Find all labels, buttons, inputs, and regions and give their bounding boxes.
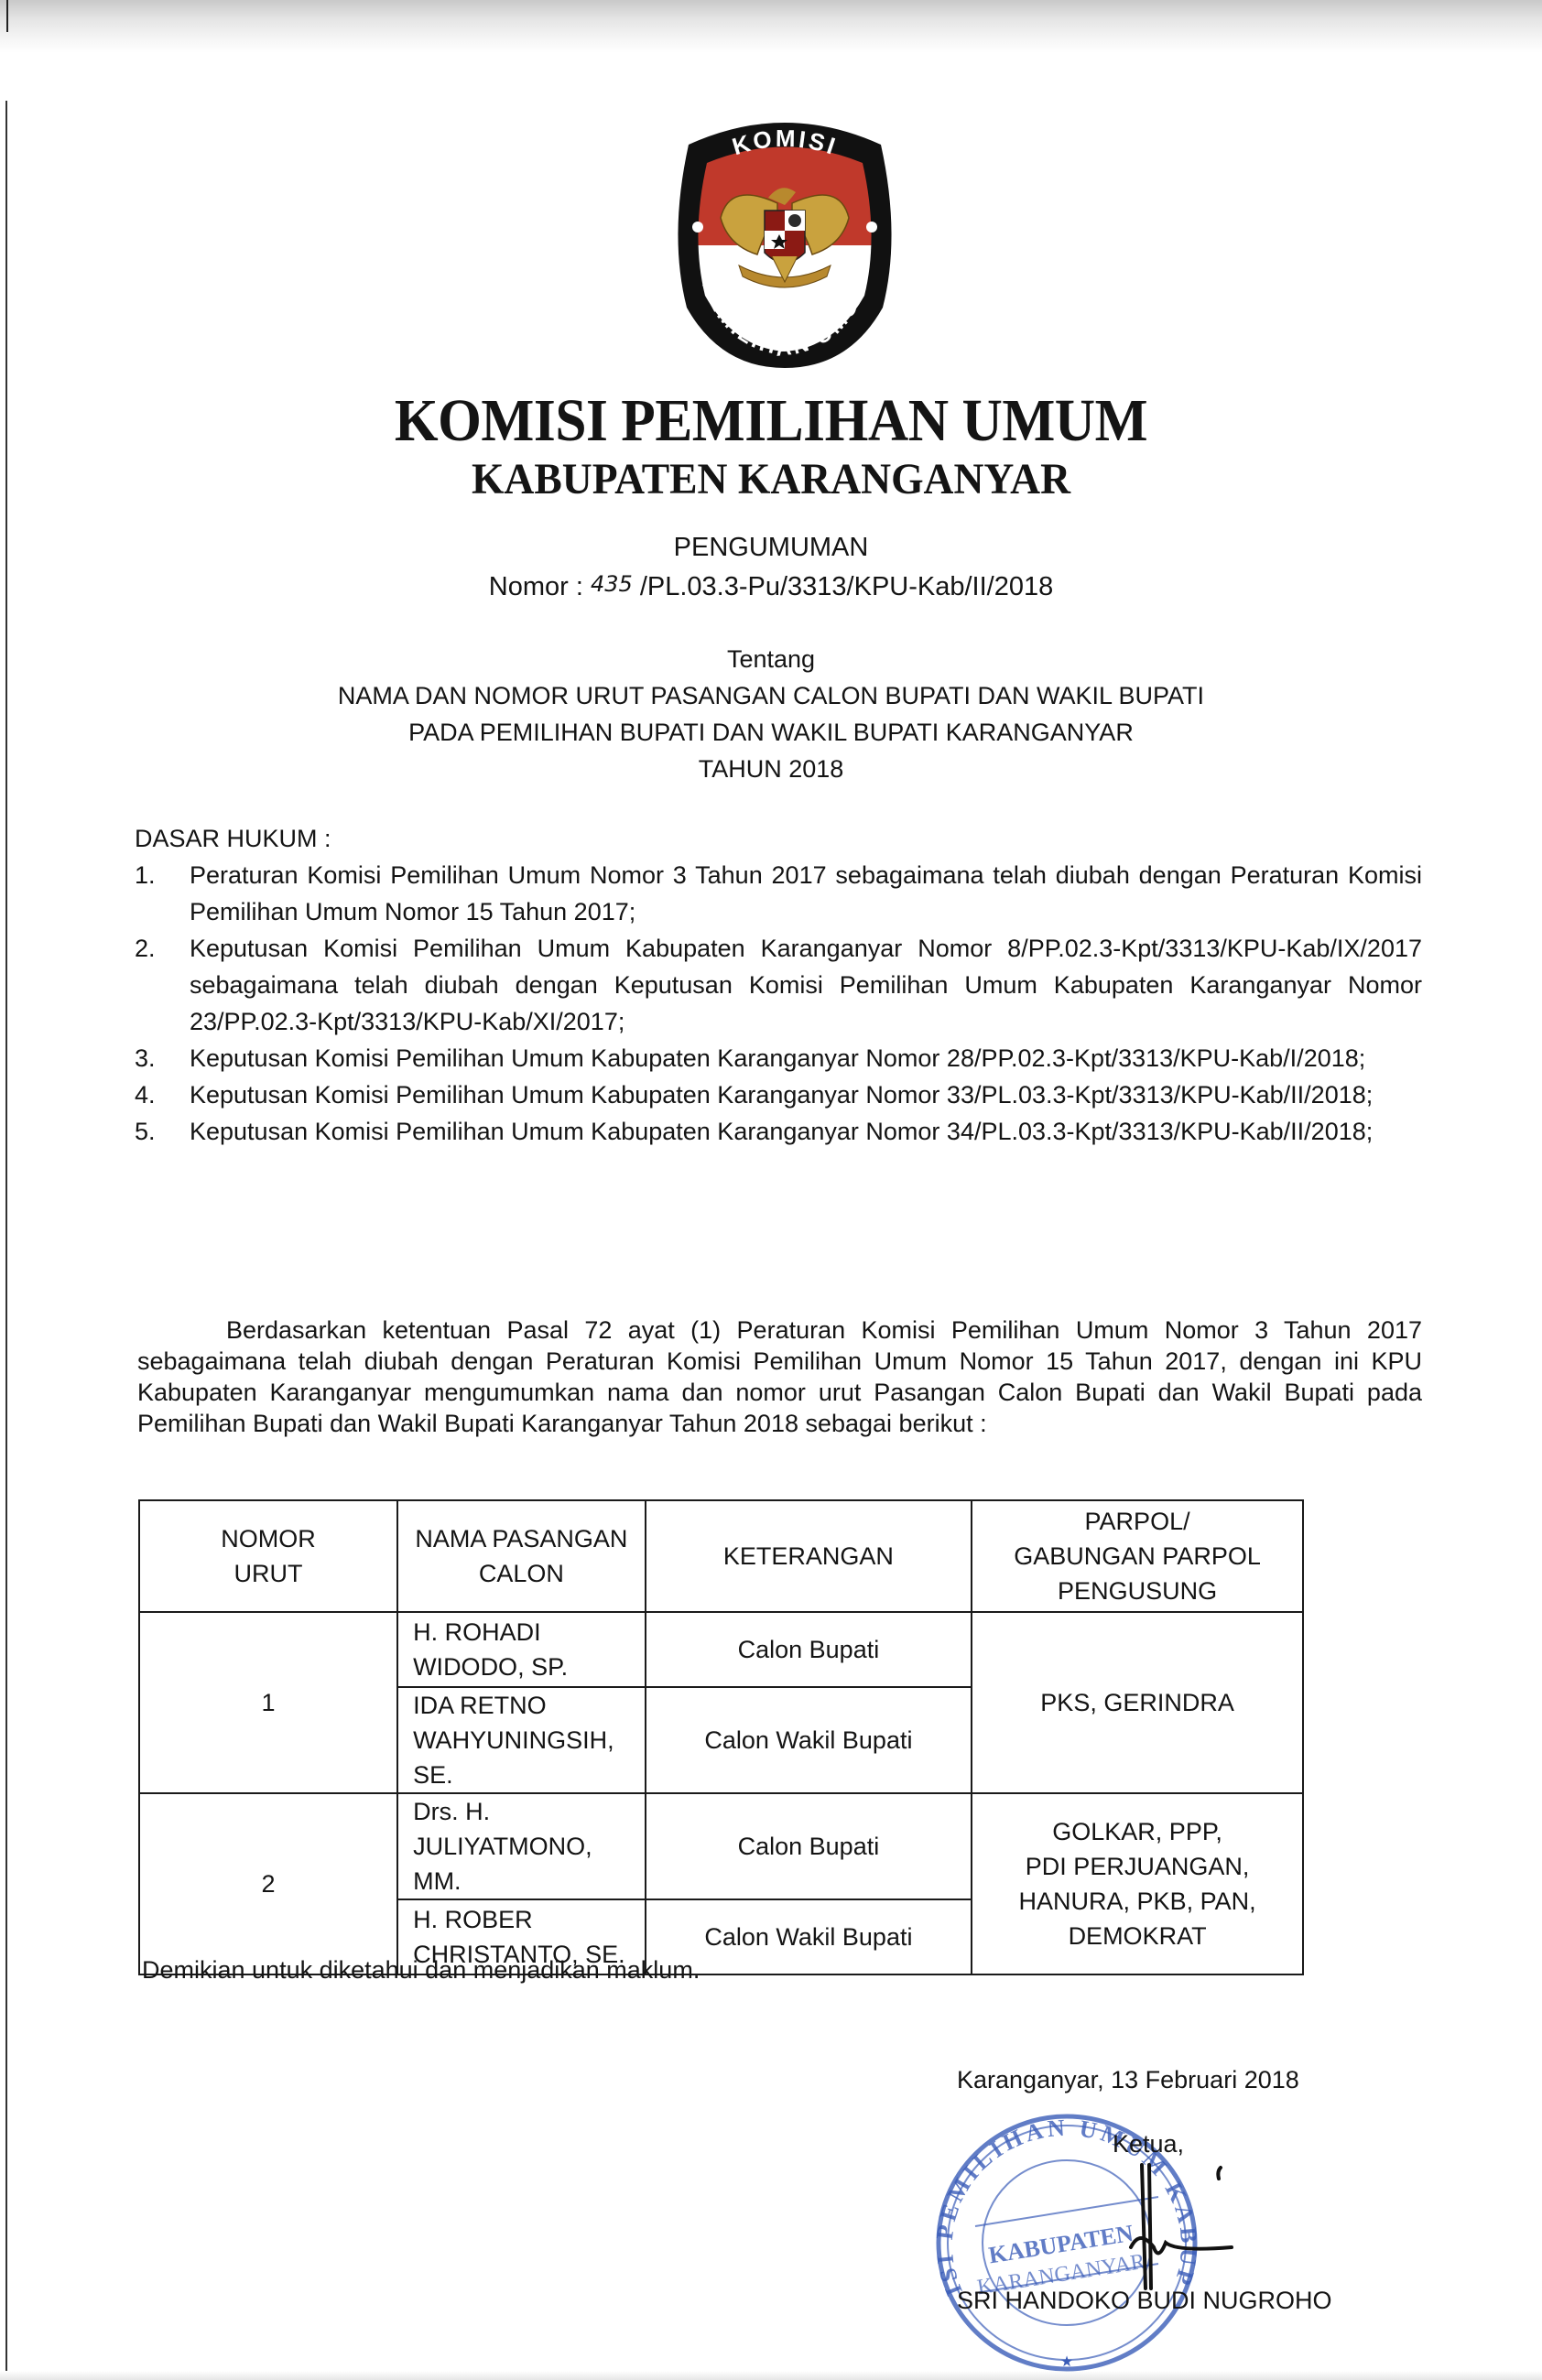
header-name: NAMA PASANGAN CALON <box>397 1500 646 1612</box>
scan-shadow-bottom <box>0 2371 1542 2380</box>
table-header-row: NOMOR URUT NAMA PASANGAN CALON KETERANGA… <box>139 1500 1303 1612</box>
table-row: 1 H. ROHADI WIDODO, SP. Calon Bupati PKS… <box>139 1612 1303 1687</box>
organization-name: KOMISI PEMILIHAN UMUM <box>54 389 1488 453</box>
item-number: 5. <box>135 1113 190 1150</box>
header-parties: PARPOL/ GABUNGAN PARPOL PENGUSUNG <box>972 1500 1303 1612</box>
svg-text:★: ★ <box>1060 2354 1073 2370</box>
pair-number: 1 <box>139 1612 397 1793</box>
document-number: Nomor : 435 /PL.03.3-Pu/3313/KPU-Kab/II/… <box>0 566 1542 605</box>
supporting-parties: GOLKAR, PPP, PDI PERJUANGAN, HANURA, PKB… <box>972 1793 1303 1974</box>
item-number: 4. <box>135 1076 190 1113</box>
item-number: 2. <box>135 930 190 1040</box>
supporting-parties: PKS, GERINDRA <box>972 1612 1303 1793</box>
candidate-table: NOMOR URUT NAMA PASANGAN CALON KETERANGA… <box>138 1499 1304 1975</box>
legal-basis-heading: DASAR HUKUM : <box>135 820 331 857</box>
candidate-name: Drs. H. JULIYATMONO, MM. <box>397 1793 646 1899</box>
legal-basis-item: 1. Peraturan Komisi Pemilihan Umum Nomor… <box>135 857 1422 930</box>
signer-name: SRI HANDOKO BUDI NUGROHO <box>957 2282 1332 2319</box>
announcement-paragraph: Berdasarkan ketentuan Pasal 72 ayat (1) … <box>137 1314 1422 1439</box>
number-label: Nomor : <box>489 572 583 601</box>
item-text: Peraturan Komisi Pemilihan Umum Nomor 3 … <box>190 857 1422 930</box>
item-text: Keputusan Komisi Pemilihan Umum Kabupate… <box>190 930 1422 1040</box>
item-number: 1. <box>135 857 190 930</box>
about-label: Tentang <box>0 641 1542 677</box>
document-subject: NAMA DAN NOMOR URUT PASANGAN CALON BUPAT… <box>0 677 1542 787</box>
subject-line: PADA PEMILIHAN BUPATI DAN WAKIL BUPATI K… <box>0 714 1542 751</box>
organization-region: KABUPATEN KARANGANYAR <box>38 455 1504 504</box>
candidate-name: H. ROHADI WIDODO, SP. <box>397 1612 646 1687</box>
candidate-name: IDA RETNO WAHYUNINGSIH, SE. <box>397 1687 646 1793</box>
candidate-role: Calon Bupati <box>646 1793 972 1899</box>
table-row: 2 Drs. H. JULIYATMONO, MM. Calon Bupati … <box>139 1793 1303 1899</box>
candidate-role: Calon Bupati <box>646 1612 972 1687</box>
scan-shadow-top <box>0 0 1542 53</box>
item-text: Keputusan Komisi Pemilihan Umum Kabupate… <box>190 1040 1422 1076</box>
document-type: PENGUMUMAN <box>0 529 1542 566</box>
scan-edge-line <box>5 101 7 2371</box>
legal-basis-list: 1. Peraturan Komisi Pemilihan Umum Nomor… <box>135 857 1422 1150</box>
number-suffix: /PL.03.3-Pu/3313/KPU-Kab/II/2018 <box>640 572 1053 601</box>
scan-edge-mark <box>6 0 8 32</box>
item-text: Keputusan Komisi Pemilihan Umum Kabupate… <box>190 1113 1422 1150</box>
place-date: Karanganyar, 13 Februari 2018 <box>957 2061 1299 2098</box>
subject-line: NAMA DAN NOMOR URUT PASANGAN CALON BUPAT… <box>0 677 1542 714</box>
legal-basis-item: 5. Keputusan Komisi Pemilihan Umum Kabup… <box>135 1113 1422 1150</box>
item-number: 3. <box>135 1040 190 1076</box>
subject-line: TAHUN 2018 <box>0 751 1542 787</box>
legal-basis-item: 4. Keputusan Komisi Pemilihan Umum Kabup… <box>135 1076 1422 1113</box>
closing-statement: Demikian untuk diketahui dan menjadikan … <box>142 1952 700 1988</box>
candidate-role: Calon Wakil Bupati <box>646 1687 972 1793</box>
kpu-emblem-icon: KOMISI PEMILIHAN UMUM <box>670 108 899 368</box>
legal-basis-item: 2. Keputusan Komisi Pemilihan Umum Kabup… <box>135 930 1422 1040</box>
legal-basis-item: 3. Keputusan Komisi Pemilihan Umum Kabup… <box>135 1040 1422 1076</box>
header-remark: KETERANGAN <box>646 1500 972 1612</box>
signer-role: Ketua, <box>1113 2126 1184 2162</box>
handwritten-signature-icon <box>1122 2160 1250 2298</box>
header-number: NOMOR URUT <box>139 1500 397 1612</box>
item-text: Keputusan Komisi Pemilihan Umum Kabupate… <box>190 1076 1422 1113</box>
handwritten-number: 435 <box>591 571 633 597</box>
pair-number: 2 <box>139 1793 397 1974</box>
